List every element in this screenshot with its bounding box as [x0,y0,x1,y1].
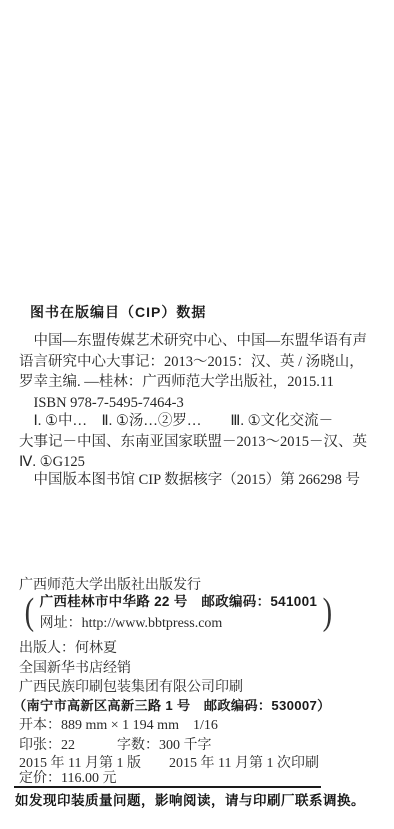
publisher-address-group: ( 广西桂林市中华路 22 号 邮政编码：541001 网址：http://ww… [23,589,334,635]
printer-address-line: （南宁市高新区高新三路 1 号 邮政编码：530007） [13,697,331,715]
printer-line: 广西民族印刷包装集团有限公司印刷 [19,679,243,697]
cip-heading: 图书在版编目（CIP）数据 [30,303,206,321]
cip-registry-number: 中国版本图书馆 CIP 数据核字（2015）第 266298 号 [19,470,391,490]
publisher-website-line: 网址：http://www.bbtpress.com [40,613,318,635]
quality-notice: 如发现印装质量问题，影响阅读，请与印刷厂联系调换。 [15,792,387,810]
publisher-person-line: 出版人：何林夏 [19,640,117,658]
distribution-line: 全国新华书店经销 [19,660,131,678]
open-paren: ( [25,589,34,635]
cip-record: 中国—东盟传媒艺术研究中心、中国—东盟华语有声 语言研究中心大事记：2013～2… [19,331,391,413]
publisher-address-lines: 广西桂林市中华路 22 号 邮政编码：541001 网址：http://www.… [40,590,318,635]
sheets-wordcount-line: 印张：22 字数：300 千字 [19,737,212,755]
cip-classification: Ⅰ. ①中… Ⅱ. ①汤…②罗… Ⅲ. ①文化交流－ 大事记－中国、东南亚国家联… [19,411,391,473]
format-line: 开本：889 mm × 1 194 mm 1/16 [19,717,218,735]
publisher-address-line: 广西桂林市中华路 22 号 邮政编码：541001 [40,590,318,613]
close-paren: ) [323,589,332,635]
copyright-page: 图书在版编目（CIP）数据 中国—东盟传媒艺术研究中心、中国—东盟华语有声 语言… [0,0,394,829]
divider-rule [14,786,321,788]
